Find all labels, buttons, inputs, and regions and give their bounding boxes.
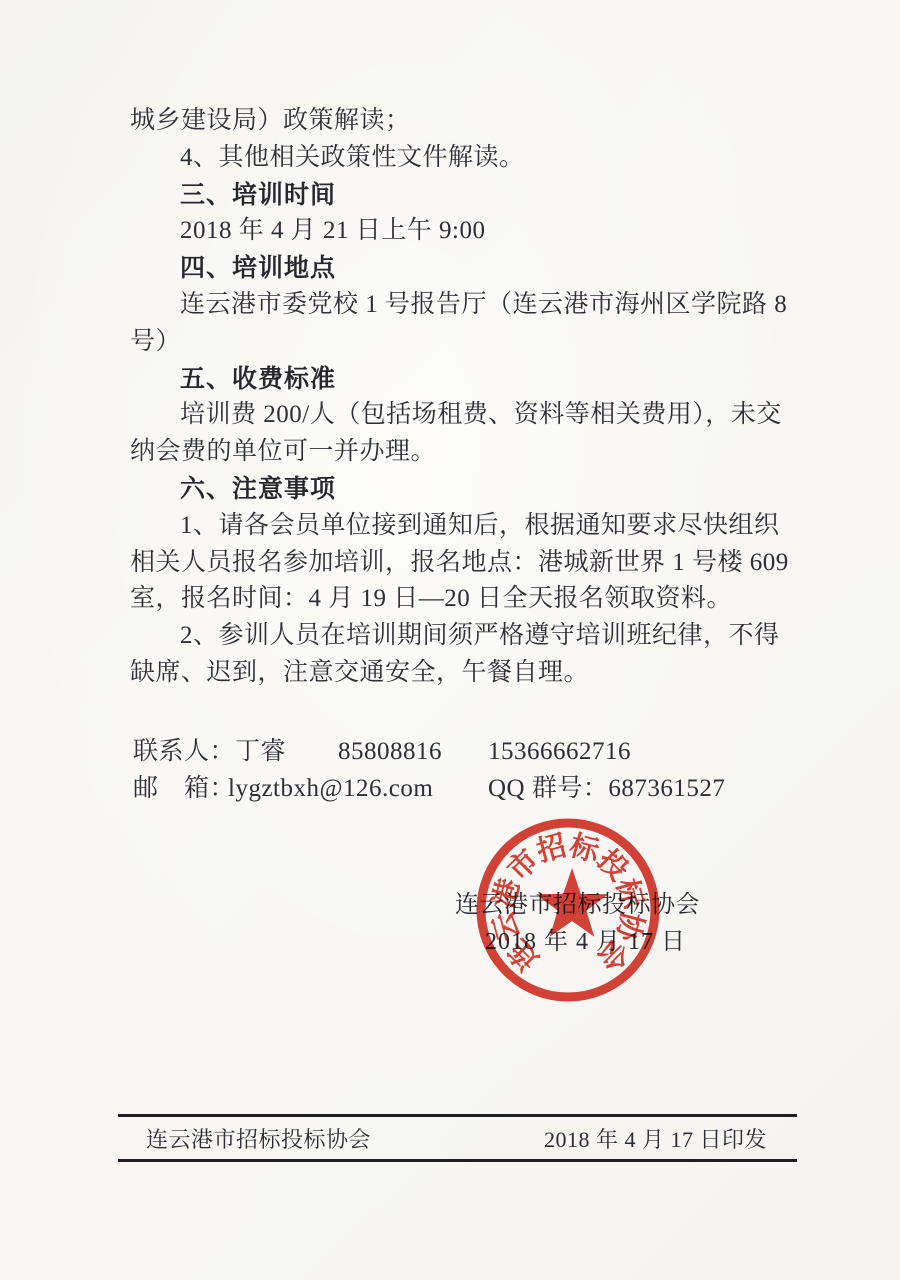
body-line: 城乡建设局）政策解读； [130, 103, 778, 140]
document-footer: 连云港市招标投标协会 2018 年 4 月 17 日印发 [118, 1114, 797, 1117]
section-heading-notes: 六、注意事项 [130, 471, 778, 508]
body-line: 2、参训人员在培训期间须严格遵守培训班纪律，不得 [130, 618, 778, 655]
contact-person: 联系人：丁睿 [133, 734, 286, 771]
footer-print-date: 2018 年 4 月 17 日印发 [544, 1125, 767, 1155]
scanned-notice-document: 城乡建设局）政策解读； 4、其他相关政策性文件解读。 三、培训时间 2018 年… [0, 0, 900, 1280]
body-line: 号） [130, 324, 778, 361]
official-seal-stamp: 连 云 港 市 招 标 投 标 协 会 [476, 818, 660, 1002]
body-line: 连云港市委党校 1 号报告厅（连云港市海州区学院路 8 [130, 287, 778, 324]
section-heading-training-time: 三、培训时间 [130, 177, 778, 214]
contact-block: 联系人：丁睿 85808816 15366662716 邮 箱： lygztbx… [0, 734, 900, 808]
footer-rule-bottom [118, 1159, 797, 1162]
contact-line-email: 邮 箱： lygztbxh@126.com QQ 群号：687361527 [0, 771, 900, 808]
body-line: 缺席、迟到，注意交通安全，午餐自理。 [130, 655, 778, 692]
email-label: 邮 箱： [133, 771, 235, 808]
email-address: lygztbxh@126.com [228, 771, 433, 808]
body-line: 4、其他相关政策性文件解读。 [130, 140, 778, 177]
body-line: 纳会费的单位可一并办理。 [130, 434, 778, 471]
body-line: 2018 年 4 月 21 日上午 9:00 [130, 213, 778, 250]
section-heading-training-place: 四、培训地点 [130, 250, 778, 287]
section-heading-fee: 五、收费标准 [130, 361, 778, 398]
body-line: 培训费 200/人（包括场租费、资料等相关费用），未交 [130, 397, 778, 434]
body-line: 相关人员报名参加培训，报名地点：港城新世界 1 号楼 609 [130, 545, 778, 582]
footer-issuer: 连云港市招标投标协会 [146, 1125, 371, 1155]
body-line: 室，报名时间：4 月 19 日—20 日全天报名领取资料。 [130, 581, 778, 618]
contact-phone-1: 85808816 [338, 734, 442, 771]
footer-rule-top [118, 1114, 797, 1117]
seal-star-icon [536, 868, 608, 937]
qq-group-number: QQ 群号：687361527 [488, 771, 725, 808]
body-line: 1、请各会员单位接到通知后，根据通知要求尽快组织 [130, 508, 778, 545]
document-body: 城乡建设局）政策解读； 4、其他相关政策性文件解读。 三、培训时间 2018 年… [130, 103, 778, 692]
contact-phone-2: 15366662716 [488, 734, 631, 771]
contact-line-person: 联系人：丁睿 85808816 15366662716 [0, 734, 900, 771]
